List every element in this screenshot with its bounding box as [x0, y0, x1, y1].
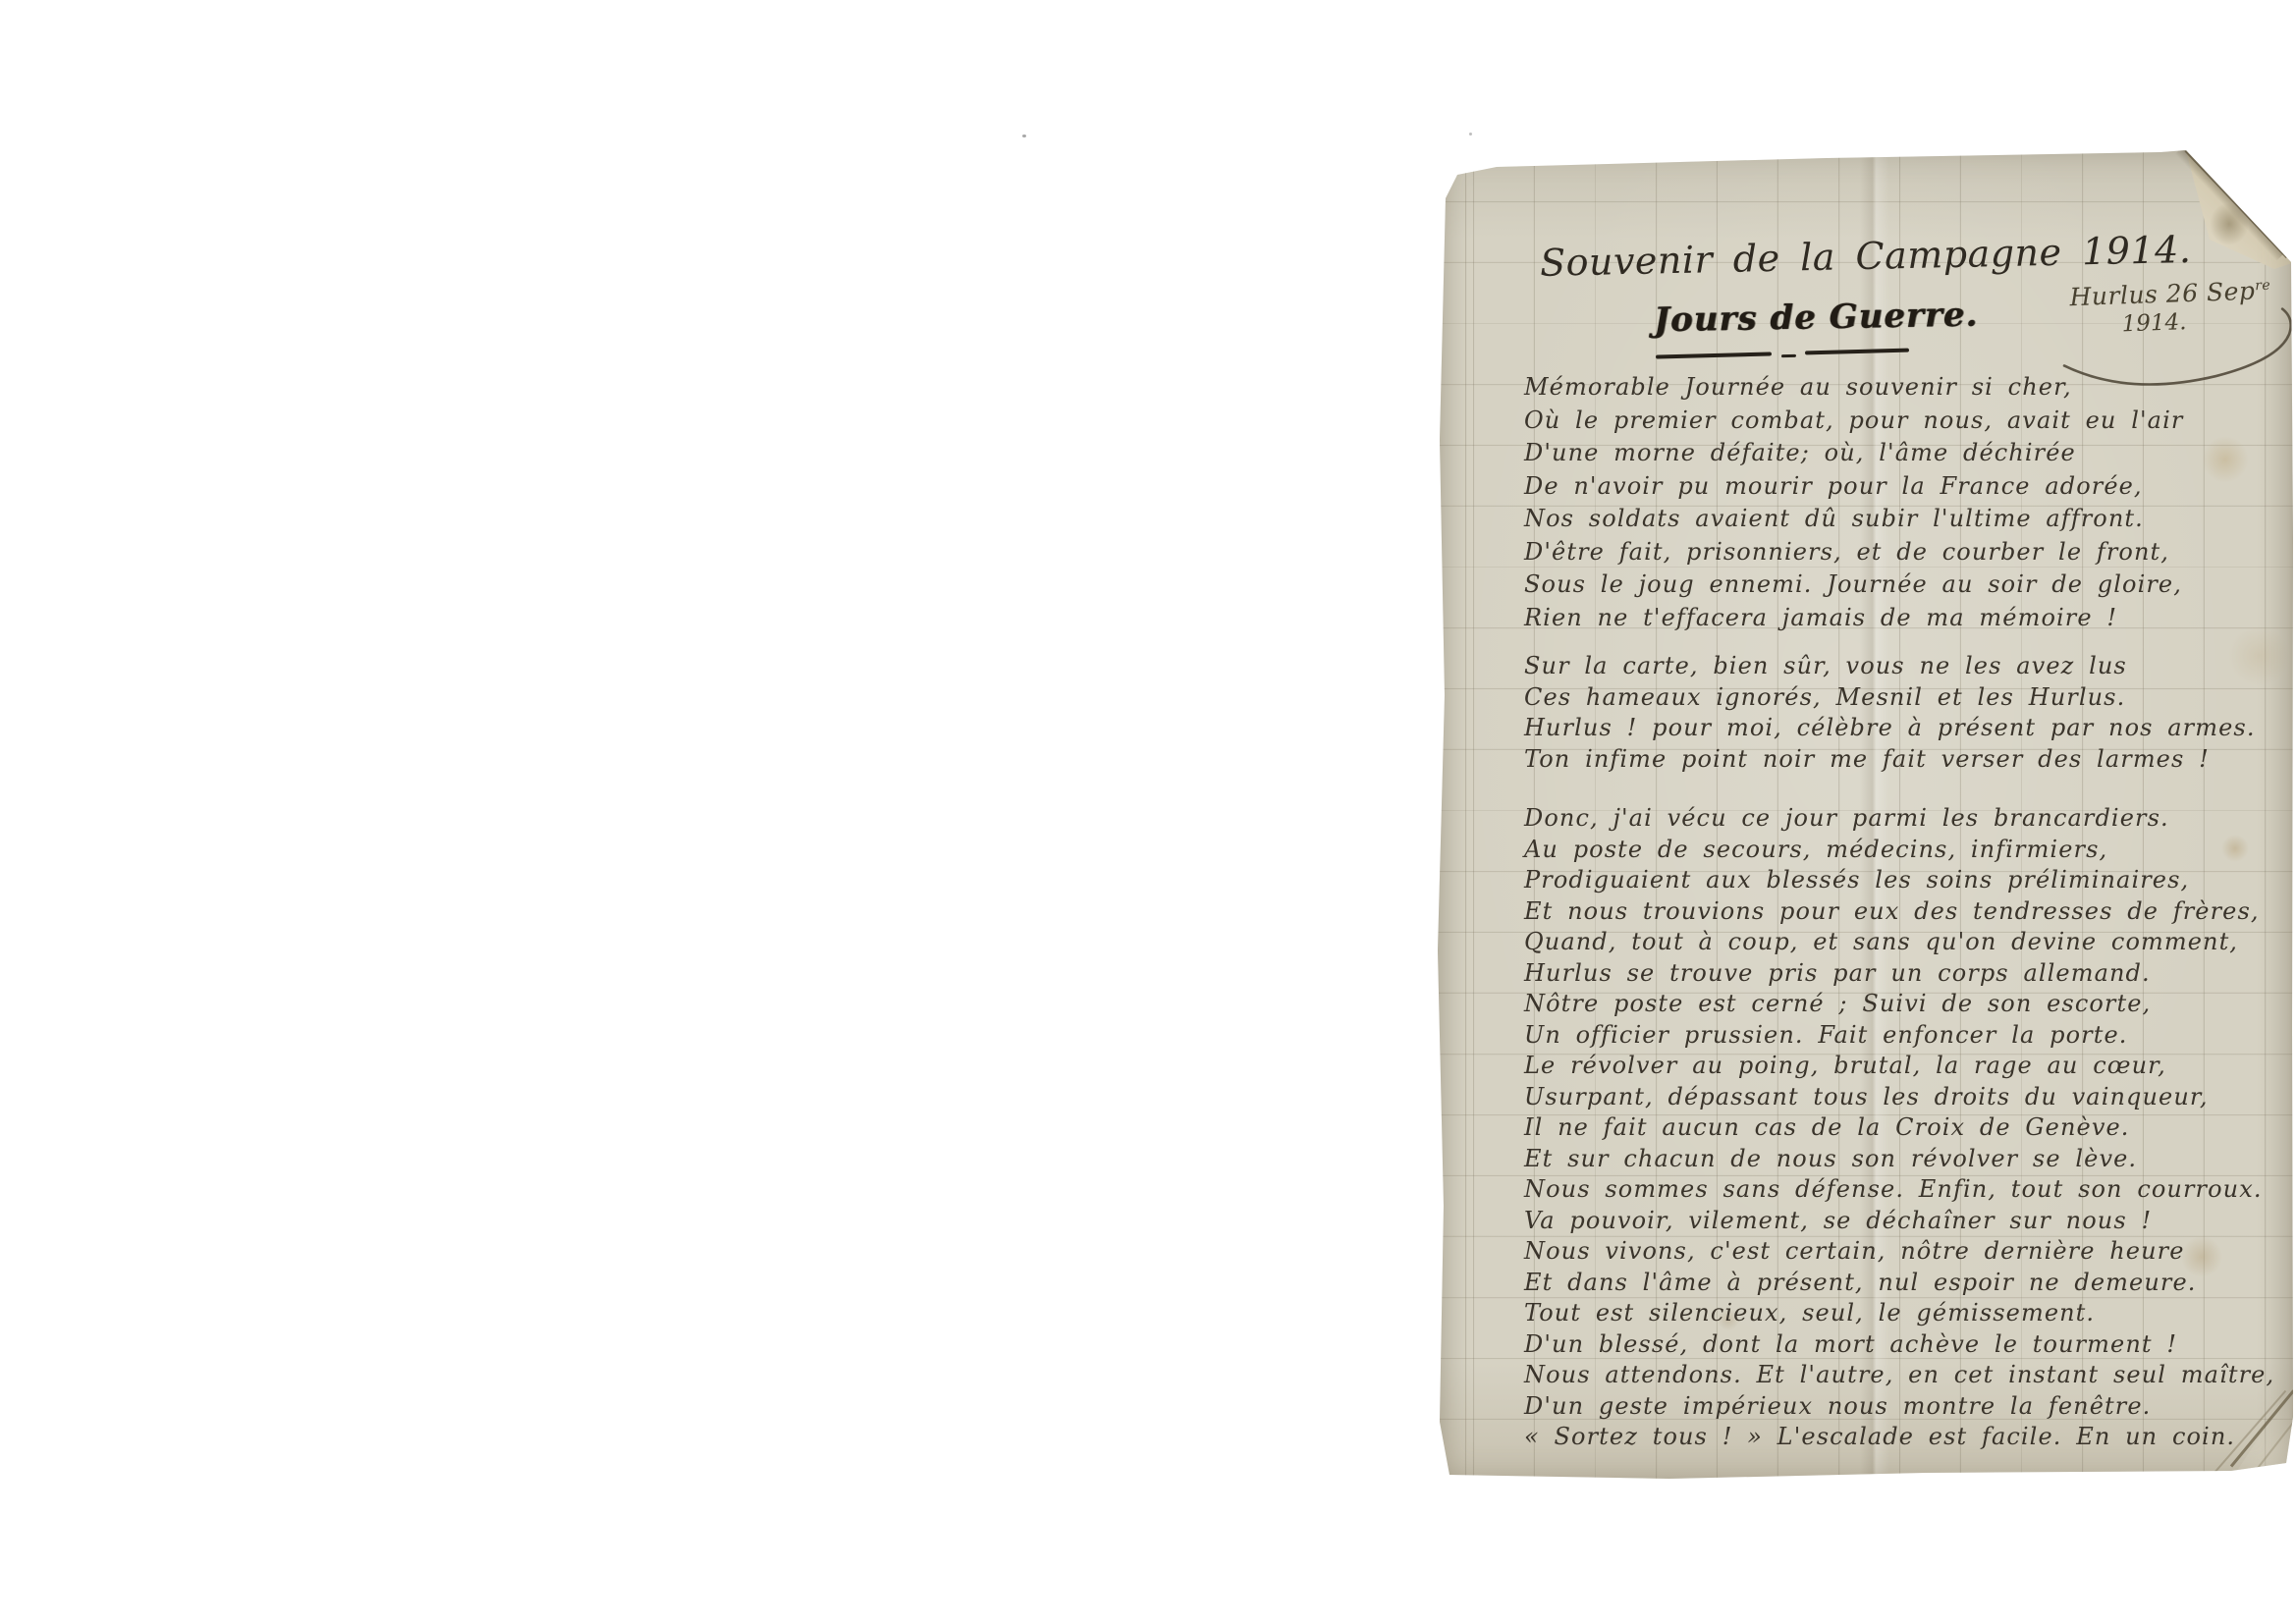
poem-line: Ton infime point noir me fait verser des…	[1524, 744, 2270, 776]
poem-line: Nôtre poste est cerné ; Suivi de son esc…	[1524, 989, 2270, 1020]
poem-line: Mémorable Journée au souvenir si cher,	[1524, 371, 2270, 405]
poem-stanza: Sur la carte, bien sûr, vous ne les avez…	[1524, 651, 2270, 775]
folded-corner-shadow	[2175, 147, 2284, 261]
poem-line: Et dans l'âme à présent, nul espoir ne d…	[1524, 1268, 2270, 1299]
dust-speck	[1469, 133, 1472, 135]
poem-line: D'un geste impérieux nous montre la fenê…	[1524, 1391, 2270, 1423]
date-annotation: Hurlus 26 Sepre 1914.	[2069, 275, 2296, 339]
date-superscript: re	[2255, 278, 2271, 295]
poem-line: Va pouvoir, vilement, se déchaîner sur n…	[1524, 1206, 2270, 1237]
poem-line: Nous vivons, c'est certain, nôtre derniè…	[1524, 1236, 2270, 1268]
title-underline-dash	[1781, 354, 1796, 357]
poem-line: Nous sommes sans défense. Enfin, tout so…	[1524, 1174, 2270, 1206]
poem-line: Rien ne t'effacera jamais de ma mémoire …	[1524, 602, 2270, 635]
poem-line: Et nous trouvions pour eux des tendresse…	[1524, 896, 2270, 928]
poem-line: Au poste de secours, médecins, infirmier…	[1524, 835, 2270, 866]
page-title: Souvenir de la Campagne 1914.	[1540, 230, 2091, 285]
poem-line: Sur la carte, bien sûr, vous ne les avez…	[1524, 651, 2270, 682]
poem-line: Un officier prussien. Fait enfoncer la p…	[1524, 1020, 2270, 1052]
poem-line: Il ne fait aucun cas de la Croix de Genè…	[1524, 1112, 2270, 1144]
dust-speck	[1022, 135, 1026, 137]
poem-line: Hurlus se trouve pris par un corps allem…	[1524, 958, 2270, 990]
poem-title: Jours de Guerre.	[1654, 297, 1920, 341]
poem-line: Où le premier combat, pour nous, avait e…	[1524, 405, 2270, 438]
scan-canvas: Souvenir de la Campagne 1914. Jours de G…	[0, 0, 2296, 1624]
poem-line: Nos soldats avaient dû subir l'ultime af…	[1524, 503, 2270, 536]
title-underline	[1805, 349, 1909, 355]
poem-line: De n'avoir pu mourir pour la France ador…	[1524, 470, 2270, 504]
folded-corner-stain	[2210, 202, 2249, 245]
poem-line: Nous attendons. Et l'autre, en cet insta…	[1524, 1360, 2270, 1391]
poem-line: D'être fait, prisonniers, et de courber …	[1524, 536, 2270, 569]
poem-line: Quand, tout à coup, et sans qu'on devine…	[1524, 927, 2270, 958]
poem-line: Donc, j'ai vécu ce jour parmi les branca…	[1524, 803, 2270, 835]
poem-line: « Sortez tous ! » L'escalade est facile.…	[1524, 1422, 2270, 1453]
poem-stanza: Mémorable Journée au souvenir si cher,Où…	[1524, 371, 2270, 634]
date-year: 1914.	[2121, 305, 2296, 338]
poem-line: Tout est silencieux, seul, le gémissemen…	[1524, 1298, 2270, 1329]
poem-line: D'un blessé, dont la mort achève le tour…	[1524, 1329, 2270, 1361]
title-underline	[1656, 352, 1772, 358]
poem-line: Hurlus ! pour moi, célèbre à présent par…	[1524, 713, 2270, 744]
poem-stanza: Donc, j'ai vécu ce jour parmi les branca…	[1524, 803, 2270, 1453]
poem-line: Et sur chacun de nous son révolver se lè…	[1524, 1144, 2270, 1175]
poem-line: Prodiguaient aux blessés les soins préli…	[1524, 865, 2270, 896]
folded-corner-flap	[2180, 145, 2294, 275]
poem-line: Ces hameaux ignorés, Mesnil et les Hurlu…	[1524, 682, 2270, 714]
poem-line: Usurpant, dépassant tous les droits du v…	[1524, 1082, 2270, 1113]
manuscript-page: Souvenir de la Campagne 1914. Jours de G…	[1434, 145, 2294, 1483]
poem-line: Le révolver au poing, brutal, la rage au…	[1524, 1051, 2270, 1082]
poem-line: D'une morne défaite; où, l'âme déchirée	[1524, 437, 2270, 470]
folded-corner-crease	[2185, 150, 2288, 258]
poem-line: Sous le joug ennemi. Journée au soir de …	[1524, 568, 2270, 602]
